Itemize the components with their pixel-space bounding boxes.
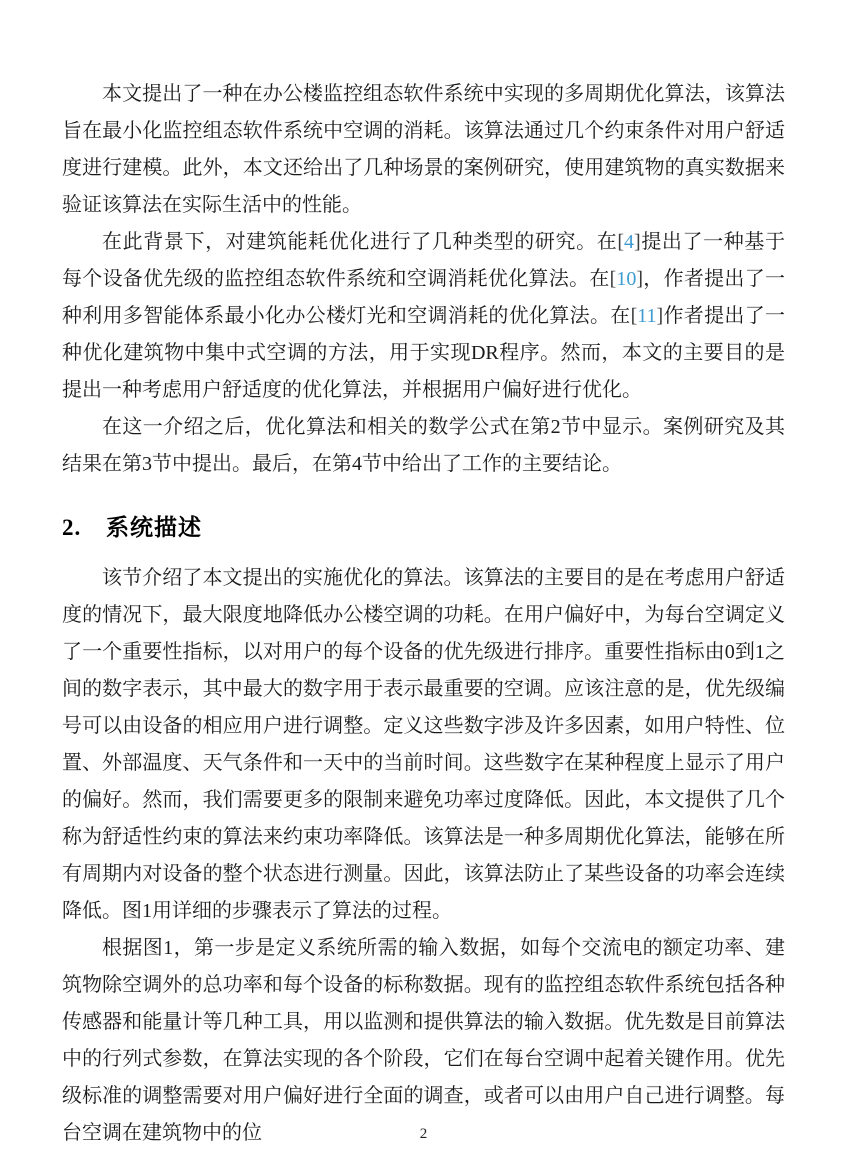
citation-number: 11 (637, 305, 656, 327)
citation-number: 10 (616, 268, 636, 290)
intro-paragraphs: 本文提出了一种在办公楼监控组态软件系统中实现的多周期优化算法，该算法旨在最小化监… (62, 76, 785, 483)
paragraph: 该节介绍了本文提出的实施优化的算法。该算法的主要目的是在考虑用户舒适度的情况下，… (62, 560, 785, 930)
paragraph: 在此背景下，对建筑能耗优化进行了几种类型的研究。在[4]提出了一种基于每个设备优… (62, 224, 785, 409)
citation-number: 4 (624, 231, 634, 253)
paragraph: 在这一介绍之后，优化算法和相关的数学公式在第2节中显示。案例研究及其结果在第3节… (62, 409, 785, 483)
paper-page: 本文提出了一种在办公楼监控组态软件系统中实现的多周期优化算法，该算法旨在最小化监… (0, 0, 847, 1155)
citation-link[interactable]: [11] (631, 305, 664, 327)
section-paragraphs: 该节介绍了本文提出的实施优化的算法。该算法的主要目的是在考虑用户舒适度的情况下，… (62, 560, 785, 1152)
citation-link[interactable]: [10] (610, 268, 643, 290)
citation-close-bracket: ] (634, 231, 641, 253)
section-heading: 2.系统描述 (62, 509, 785, 542)
section-title: 系统描述 (106, 515, 202, 540)
citation-link[interactable]: [4] (617, 231, 640, 253)
paragraph: 根据图1，第一步是定义系统所需的输入数据，如每个交流电的额定功率、建筑物除空调外… (62, 930, 785, 1152)
paragraph: 本文提出了一种在办公楼监控组态软件系统中实现的多周期优化算法，该算法旨在最小化监… (62, 76, 785, 224)
citation-close-bracket: ] (636, 268, 643, 290)
section-number: 2. (62, 515, 106, 541)
citation-close-bracket: ] (657, 305, 664, 327)
page-number: 2 (0, 1126, 847, 1143)
